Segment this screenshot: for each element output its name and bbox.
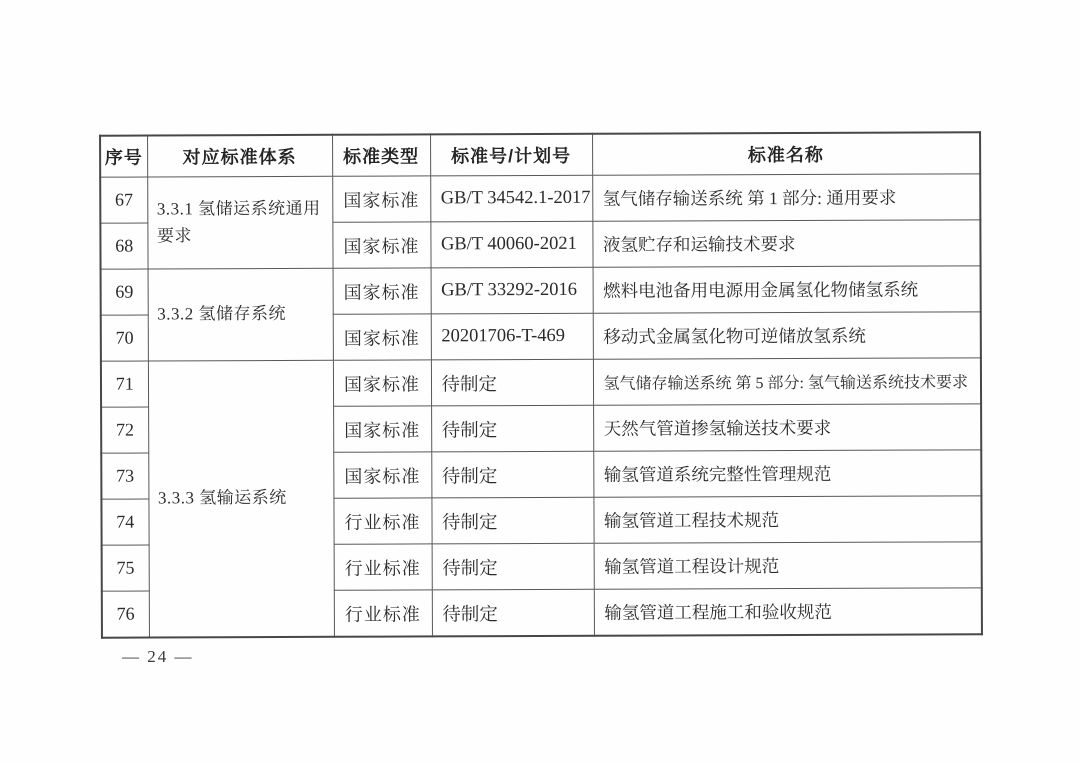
cell-serial-number: 71 — [101, 361, 148, 407]
cell-standard-name: 氢气储存输送系统 第 1 部分: 通用要求 — [592, 174, 980, 221]
cell-standard-name: 输氢管道系统完整性管理规范 — [593, 450, 981, 497]
column-header-standard-type: 标准类型 — [332, 134, 430, 176]
cell-serial-number: 69 — [101, 269, 148, 315]
cell-standard-code: 待制定 — [431, 451, 593, 498]
cell-standard-system: 3.3.1 氢储运系统通用要求 — [147, 176, 332, 269]
cell-standard-code: 待制定 — [431, 359, 593, 406]
standards-table: 序号 对应标准体系 标准类型 标准号/计划号 标准名称 67 3.3.1 氢储运… — [99, 131, 983, 638]
cell-standard-name: 移动式金属氢化物可逆储放氢系统 — [593, 312, 981, 359]
cell-serial-number: 73 — [101, 453, 148, 499]
cell-standard-type: 行业标准 — [333, 498, 431, 544]
document-page: 序号 对应标准体系 标准类型 标准号/计划号 标准名称 67 3.3.1 氢储运… — [0, 0, 1080, 763]
cell-standard-type: 国家标准 — [333, 268, 431, 314]
cell-standard-type: 国家标准 — [332, 222, 430, 268]
table-row: 71 3.3.3 氢输运系统 国家标准 待制定 氢气储存输送系统 第 5 部分:… — [101, 358, 981, 407]
column-header-serial: 序号 — [100, 136, 147, 178]
cell-standard-code: 待制定 — [432, 589, 594, 636]
cell-standard-name: 液氢贮存和运输技术要求 — [592, 220, 980, 267]
cell-serial-number: 74 — [101, 499, 148, 545]
column-header-standard-system: 对应标准体系 — [147, 135, 332, 177]
cell-standard-name: 氢气储存输送系统 第 5 部分: 氢气输送系统技术要求 — [593, 358, 981, 405]
column-header-standard-name: 标准名称 — [592, 132, 980, 175]
cell-standard-system: 3.3.2 氢储存系统 — [148, 268, 333, 361]
cell-serial-number: 67 — [100, 177, 147, 223]
cell-serial-number: 72 — [101, 407, 148, 453]
cell-serial-number: 68 — [100, 223, 147, 269]
cell-standard-name: 天然气管道掺氢输送技术要求 — [593, 404, 981, 451]
cell-standard-name: 输氢管道工程设计规范 — [594, 542, 982, 589]
cell-standard-code: 待制定 — [432, 543, 594, 590]
column-header-standard-code: 标准号/计划号 — [430, 134, 592, 176]
cell-standard-code: 20201706-T-469 — [431, 313, 593, 360]
cell-standard-system: 3.3.3 氢输运系统 — [148, 360, 334, 637]
cell-standard-type: 国家标准 — [332, 176, 430, 222]
cell-standard-type: 行业标准 — [334, 590, 432, 637]
cell-serial-number: 70 — [101, 315, 148, 361]
cell-standard-type: 国家标准 — [333, 452, 431, 498]
cell-standard-code: GB/T 34542.1-2017 — [430, 175, 592, 222]
cell-standard-code: GB/T 33292-2016 — [431, 267, 593, 314]
cell-serial-number: 75 — [102, 545, 149, 591]
cell-standard-type: 行业标准 — [334, 544, 432, 590]
table-header-row: 序号 对应标准体系 标准类型 标准号/计划号 标准名称 — [100, 132, 980, 177]
page-number: — 24 — — [122, 647, 194, 667]
cell-standard-name: 燃料电池备用电源用金属氢化物储氢系统 — [593, 266, 981, 313]
table-row: 69 3.3.2 氢储存系统 国家标准 GB/T 33292-2016 燃料电池… — [101, 266, 981, 315]
cell-standard-type: 国家标准 — [333, 314, 431, 360]
cell-serial-number: 76 — [102, 591, 149, 638]
cell-standard-code: 待制定 — [431, 405, 593, 452]
cell-standard-code: GB/T 40060-2021 — [430, 221, 592, 268]
table-row: 67 3.3.1 氢储运系统通用要求 国家标准 GB/T 34542.1-201… — [100, 174, 980, 223]
cell-standard-code: 待制定 — [431, 497, 593, 544]
cell-standard-name: 输氢管道工程施工和验收规范 — [594, 588, 982, 636]
cell-standard-name: 输氢管道工程技术规范 — [593, 496, 981, 543]
cell-standard-type: 国家标准 — [333, 406, 431, 452]
cell-standard-type: 国家标准 — [333, 360, 431, 406]
